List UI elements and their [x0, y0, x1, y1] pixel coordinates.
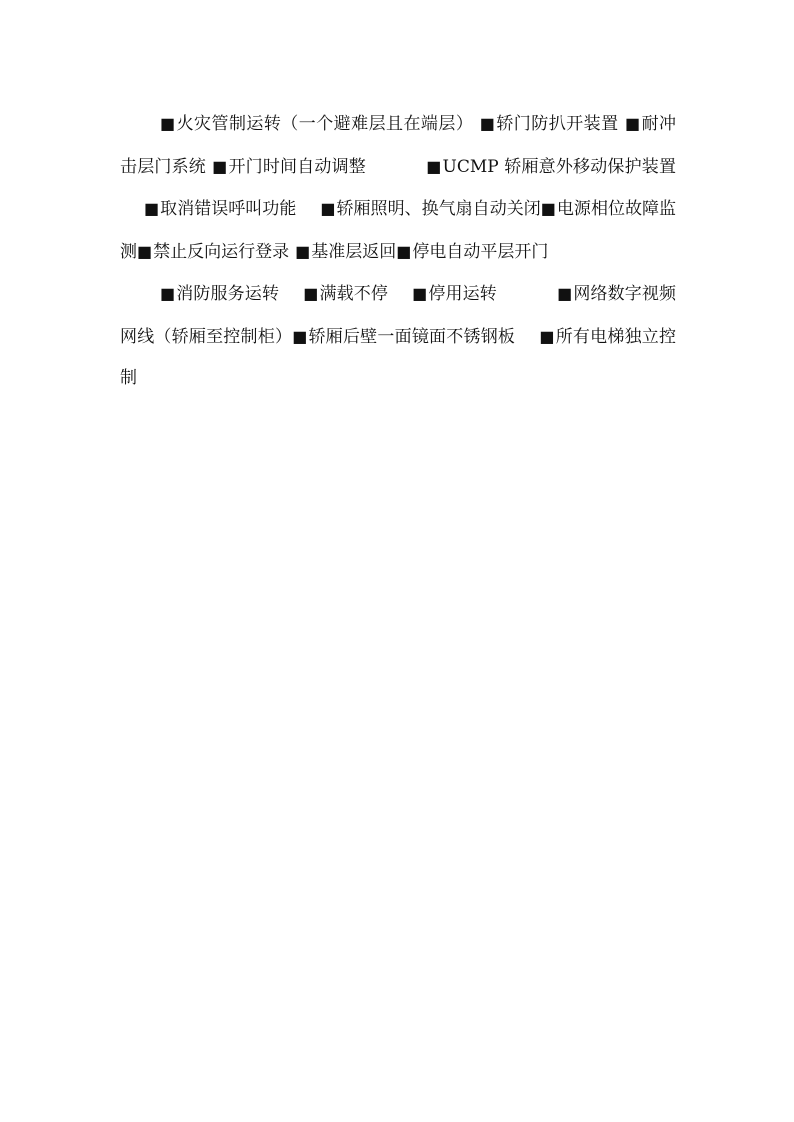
- square-bullet-icon: ■: [292, 327, 307, 346]
- square-bullet-icon: ■: [303, 284, 318, 303]
- square-bullet-icon: ■: [295, 242, 310, 261]
- feature-item: ■停电自动平层开门: [396, 242, 548, 262]
- square-bullet-icon: ■: [320, 199, 335, 218]
- feature-item: ■满载不停: [303, 284, 388, 304]
- feature-item: ■停用运转: [412, 284, 497, 304]
- square-bullet-icon: ■: [625, 114, 641, 133]
- square-bullet-icon: ■: [541, 199, 556, 218]
- feature-paragraph-1: ■火灾管制运转（一个避难层且在端层）■轿门防扒开装置■耐冲击层门系统■开门时间自…: [120, 103, 676, 273]
- feature-item: ■火灾管制运转（一个避难层且在端层）: [160, 114, 473, 134]
- feature-item: ■禁止反向运行登录: [137, 242, 289, 262]
- feature-item: ■消防服务运转: [160, 284, 279, 304]
- square-bullet-icon: ■: [144, 199, 159, 218]
- feature-item: ■取消错误呼叫功能: [144, 199, 296, 219]
- square-bullet-icon: ■: [539, 327, 555, 346]
- feature-item: ■轿厢照明、换气扇自动关闭: [320, 199, 540, 219]
- square-bullet-icon: ■: [160, 284, 175, 303]
- feature-item: ■轿厢后壁一面镜面不锈钢板: [292, 327, 515, 347]
- feature-item: ■轿门防扒开装置: [479, 114, 618, 134]
- square-bullet-icon: ■: [137, 242, 152, 261]
- square-bullet-icon: ■: [479, 114, 495, 133]
- square-bullet-icon: ■: [557, 284, 572, 303]
- document-page: ■火灾管制运转（一个避难层且在端层）■轿门防扒开装置■耐冲击层门系统■开门时间自…: [120, 103, 676, 400]
- square-bullet-icon: ■: [396, 242, 411, 261]
- feature-paragraph-2: ■消防服务运转■满载不停■停用运转■网络数字视频网线（轿厢至控制柜）■轿厢后壁一…: [120, 273, 676, 400]
- feature-item: ■基准层返回: [295, 242, 396, 262]
- square-bullet-icon: ■: [412, 284, 427, 303]
- feature-item: ■UCMP 轿厢意外移动保护装置: [426, 157, 676, 177]
- square-bullet-icon: ■: [426, 157, 442, 176]
- square-bullet-icon: ■: [160, 114, 176, 133]
- square-bullet-icon: ■: [212, 157, 228, 176]
- feature-item: ■开门时间自动调整: [212, 157, 366, 177]
